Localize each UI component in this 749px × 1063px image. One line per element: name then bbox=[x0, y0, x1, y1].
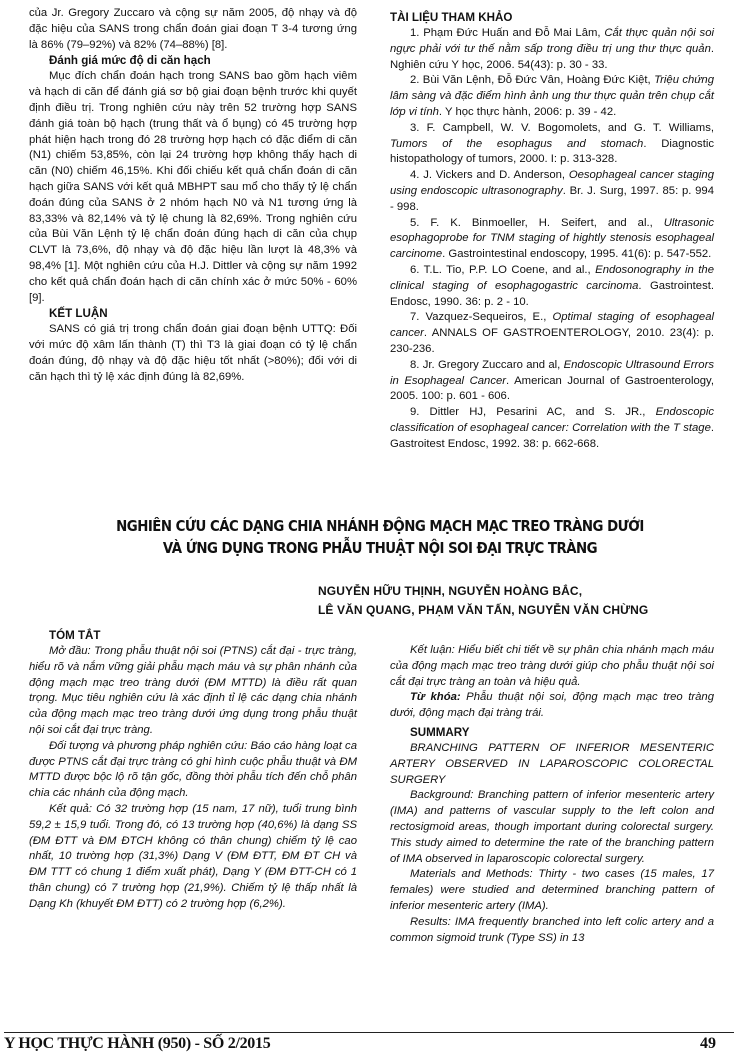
summary-methods: Materials and Methods: Thirty - two case… bbox=[390, 867, 714, 914]
paragraph-lymph-node: Mục đích chẩn đoán hạch trong SANS bao g… bbox=[29, 69, 357, 306]
reference-authors: 9. Dittler HJ, Pesarini AC, and S. JR., bbox=[410, 406, 656, 418]
reference-item: 6. T.L. Tio, P.P. LO Coene, and al., End… bbox=[390, 263, 714, 310]
summary-results: Results: IMA frequently branched into le… bbox=[390, 915, 714, 947]
references-section: TÀI LIỆU THAM KHẢO 1. Phạm Đức Huấn and … bbox=[390, 10, 714, 453]
article-title-line-2: VÀ ỨNG DỤNG TRONG PHẪU THUẬT NỘI SOI ĐẠI… bbox=[88, 537, 673, 559]
abstract-methods: Đối tượng và phương pháp nghiên cứu: Báo… bbox=[29, 739, 357, 802]
reference-item: 8. Jr. Gregory Zuccaro and al, Endoscopi… bbox=[390, 358, 714, 405]
reference-source: . Y học thực hành, 2006: p. 39 - 42. bbox=[439, 106, 616, 118]
keywords-label: Từ khóa: bbox=[410, 691, 461, 703]
abstract-vietnamese: TÓM TẮT Mở đầu: Trong phẫu thuật nội soi… bbox=[29, 628, 357, 913]
abstract-conclusion: Kết luận: Hiểu biết chi tiết về sự phân … bbox=[390, 643, 714, 690]
reference-authors: 7. Vazquez-Sequeiros, E., bbox=[410, 311, 552, 323]
paragraph-conclusion: SANS có giá trị trong chẩn đoán giai đoạ… bbox=[29, 322, 357, 385]
footer-divider bbox=[4, 1032, 734, 1033]
abstract-keywords: Từ khóa: Phẫu thuật nội soi, động mạch m… bbox=[390, 690, 714, 722]
reference-item: 4. J. Vickers and D. Anderson, Oesophage… bbox=[390, 168, 714, 215]
reference-authors: 2. Bùi Văn Lệnh, Đỗ Đức Vân, Hoàng Đức K… bbox=[410, 74, 654, 86]
abstract-heading: TÓM TẮT bbox=[29, 628, 357, 644]
reference-item: 9. Dittler HJ, Pesarini AC, and S. JR., … bbox=[390, 405, 714, 452]
reference-item: 5. F. K. Binmoeller, H. Seifert, and al.… bbox=[390, 216, 714, 263]
heading-lymph-node-assessment: Đánh giá mức độ di căn hạch bbox=[29, 53, 357, 69]
paragraph-intro: của Jr. Gregory Zuccaro và cộng sự năm 2… bbox=[29, 6, 357, 53]
abstract-results: Kết quả: Có 32 trường hợp (15 nam, 17 nữ… bbox=[29, 802, 357, 913]
journal-footer: Y HỌC THỰC HÀNH (950) - SỐ 2/2015 bbox=[4, 1035, 270, 1053]
authors-line-2: LÊ VĂN QUANG, PHẠM VĂN TẤN, NGUYỄN VĂN C… bbox=[318, 601, 738, 620]
reference-authors: 1. Phạm Đức Huấn and Đỗ Mai Lâm, bbox=[410, 27, 604, 39]
article-title-line-1: NGHIÊN CỨU CÁC DẠNG CHIA NHÁNH ĐỘNG MẠCH… bbox=[88, 515, 673, 537]
left-column-top: của Jr. Gregory Zuccaro và cộng sự năm 2… bbox=[29, 6, 357, 386]
reference-item: 3. F. Campbell, W. V. Bogomolets, and G.… bbox=[390, 121, 714, 168]
summary-heading: SUMMARY bbox=[390, 725, 714, 741]
summary-background: Background: Branching pattern of inferio… bbox=[390, 788, 714, 867]
abstract-continued: Kết luận: Hiểu biết chi tiết về sự phân … bbox=[390, 643, 714, 946]
reference-title: Tumors of the esophagus and stomach bbox=[390, 138, 643, 150]
reference-item: 1. Phạm Đức Huấn and Đỗ Mai Lâm, Cắt thự… bbox=[390, 26, 714, 73]
article-authors: NGUYỄN HỮU THỊNH, NGUYỄN HOÀNG BẮC, LÊ V… bbox=[318, 582, 738, 620]
reference-authors: 6. T.L. Tio, P.P. LO Coene, and al., bbox=[410, 264, 595, 276]
reference-source: . Gastrointestinal endoscopy, 1995. 41(6… bbox=[442, 248, 711, 260]
page-number: 49 bbox=[700, 1035, 716, 1053]
reference-authors: 8. Jr. Gregory Zuccaro and al, bbox=[410, 359, 564, 371]
reference-authors: 3. F. Campbell, W. V. Bogomolets, and G.… bbox=[410, 122, 714, 134]
article-title: NGHIÊN CỨU CÁC DẠNG CHIA NHÁNH ĐỘNG MẠCH… bbox=[88, 515, 673, 559]
reference-item: 7. Vazquez-Sequeiros, E., Optimal stagin… bbox=[390, 310, 714, 357]
references-heading: TÀI LIỆU THAM KHẢO bbox=[390, 10, 714, 26]
authors-line-1: NGUYỄN HỮU THỊNH, NGUYỄN HOÀNG BẮC, bbox=[318, 582, 738, 601]
reference-source: . ANNALS OF GASTROENTEROLOGY, 2010. 23(4… bbox=[390, 327, 714, 355]
abstract-background: Mở đầu: Trong phẫu thuật nội soi (PTNS) … bbox=[29, 644, 357, 739]
heading-conclusion: KẾT LUẬN bbox=[29, 306, 357, 322]
summary-title: BRANCHING PATTERN OF INFERIOR MESENTERIC… bbox=[390, 741, 714, 788]
reference-authors: 4. J. Vickers and D. Anderson, bbox=[410, 169, 569, 181]
reference-authors: 5. F. K. Binmoeller, H. Seifert, and al.… bbox=[410, 217, 664, 229]
reference-item: 2. Bùi Văn Lệnh, Đỗ Đức Vân, Hoàng Đức K… bbox=[390, 73, 714, 120]
